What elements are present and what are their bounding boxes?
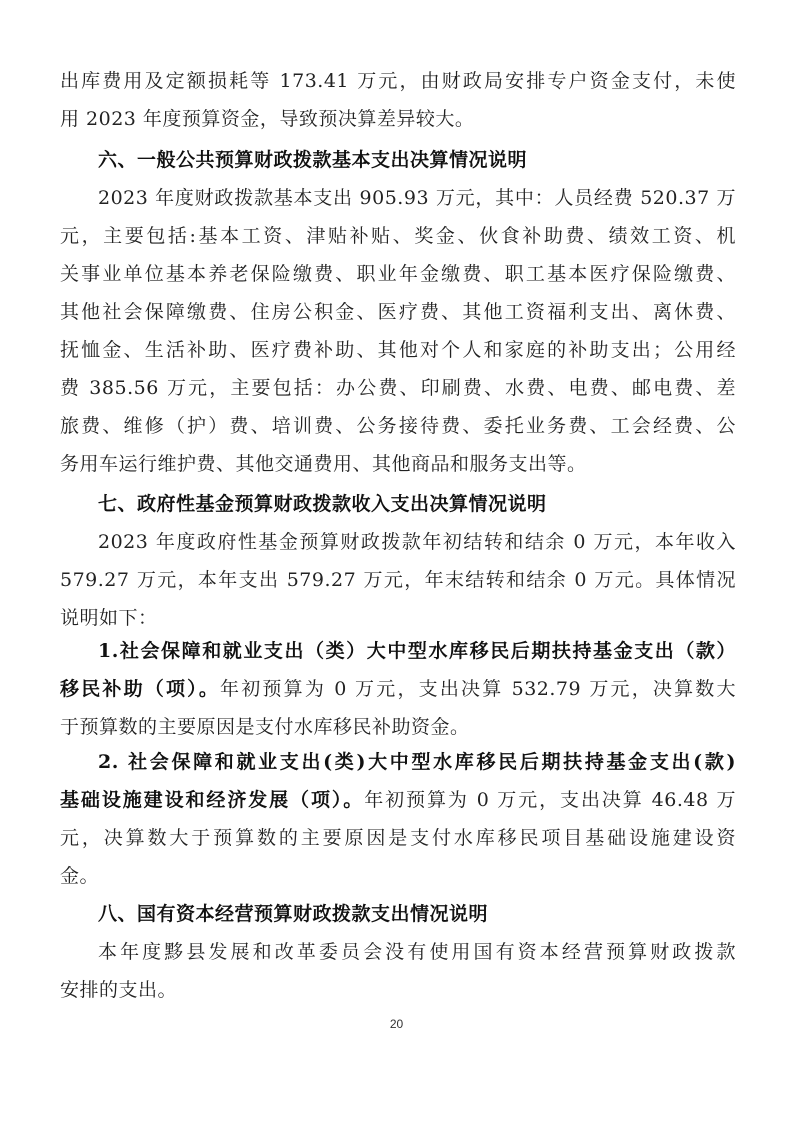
item-2-title-cont: 基础设施建设和经济发展（项）。: [60, 789, 364, 811]
section-heading-6: 六、一般公共预算财政拨款基本支出决算情况说明: [60, 145, 736, 175]
section-heading-8: 八、国有资本经营预算财政拨款支出情况说明: [60, 899, 736, 929]
item-1-line-2: 移民补助（项）。年初预算为 0 万元，支出决算 532.79 万元，决算数大: [60, 674, 736, 704]
paragraph-line: 用 2023 年度预算资金，导致预决算差异较大。: [60, 104, 736, 134]
paragraph-line: 本年度黟县发展和改革委员会没有使用国有资本经营预算财政拨款: [60, 937, 736, 967]
paragraph-line: 其他社会保障缴费、住房公积金、医疗费、其他工资福利支出、离休费、: [60, 297, 736, 327]
paragraph-line: 元，主要包括:基本工资、津贴补贴、奖金、伙食补助费、绩效工资、机: [60, 221, 736, 251]
paragraph-line: 2023 年度政府性基金预算财政拨款年初结转和结余 0 万元，本年收入: [60, 527, 736, 557]
item-1-title: 1.社会保障和就业支出（类）大中型水库移民后期扶持基金支出（款）: [60, 636, 736, 666]
item-2-text: 年初预算为 0 万元，支出决算 46.48 万: [364, 789, 736, 811]
item-2-title: 2. 社会保障和就业支出(类)大中型水库移民后期扶持基金支出(款): [60, 747, 736, 777]
paragraph-line: 金。: [60, 861, 736, 891]
paragraph-line: 费 385.56 万元，主要包括：办公费、印刷费、水费、电费、邮电费、差: [60, 373, 736, 403]
item-1-title-cont: 移民补助（项）。: [60, 678, 220, 700]
section-heading-7: 七、政府性基金预算财政拨款收入支出决算情况说明: [60, 489, 736, 519]
paragraph-line: 出库费用及定额损耗等 173.41 万元，由财政局安排专户资金支付，未使: [60, 66, 736, 96]
paragraph-line: 关事业单位基本养老保险缴费、职业年金缴费、职工基本医疗保险缴费、: [60, 259, 736, 289]
item-2-line-2: 基础设施建设和经济发展（项）。年初预算为 0 万元，支出决算 46.48 万: [60, 785, 736, 815]
page-number: 20: [0, 1017, 793, 1031]
paragraph-line: 元，决算数大于预算数的主要原因是支付水库移民项目基础设施建设资: [60, 823, 736, 853]
item-1-text: 年初预算为 0 万元，支出决算 532.79 万元，决算数大: [220, 678, 736, 700]
paragraph-line: 抚恤金、生活补助、医疗费补助、其他对个人和家庭的补助支出；公用经: [60, 335, 736, 365]
paragraph-line: 说明如下：: [60, 603, 736, 633]
paragraph-line: 于预算数的主要原因是支付水库移民补助资金。: [60, 712, 736, 742]
paragraph-line: 2023 年度财政拨款基本支出 905.93 万元，其中：人员经费 520.37…: [60, 183, 736, 213]
paragraph-line: 旅费、维修（护）费、培训费、公务接待费、委托业务费、工会经费、公: [60, 411, 736, 441]
paragraph-line: 579.27 万元，本年支出 579.27 万元，年末结转和结余 0 万元。具体…: [60, 565, 736, 595]
paragraph-line: 务用车运行维护费、其他交通费用、其他商品和服务支出等。: [60, 449, 736, 479]
paragraph-line: 安排的支出。: [60, 975, 736, 1005]
